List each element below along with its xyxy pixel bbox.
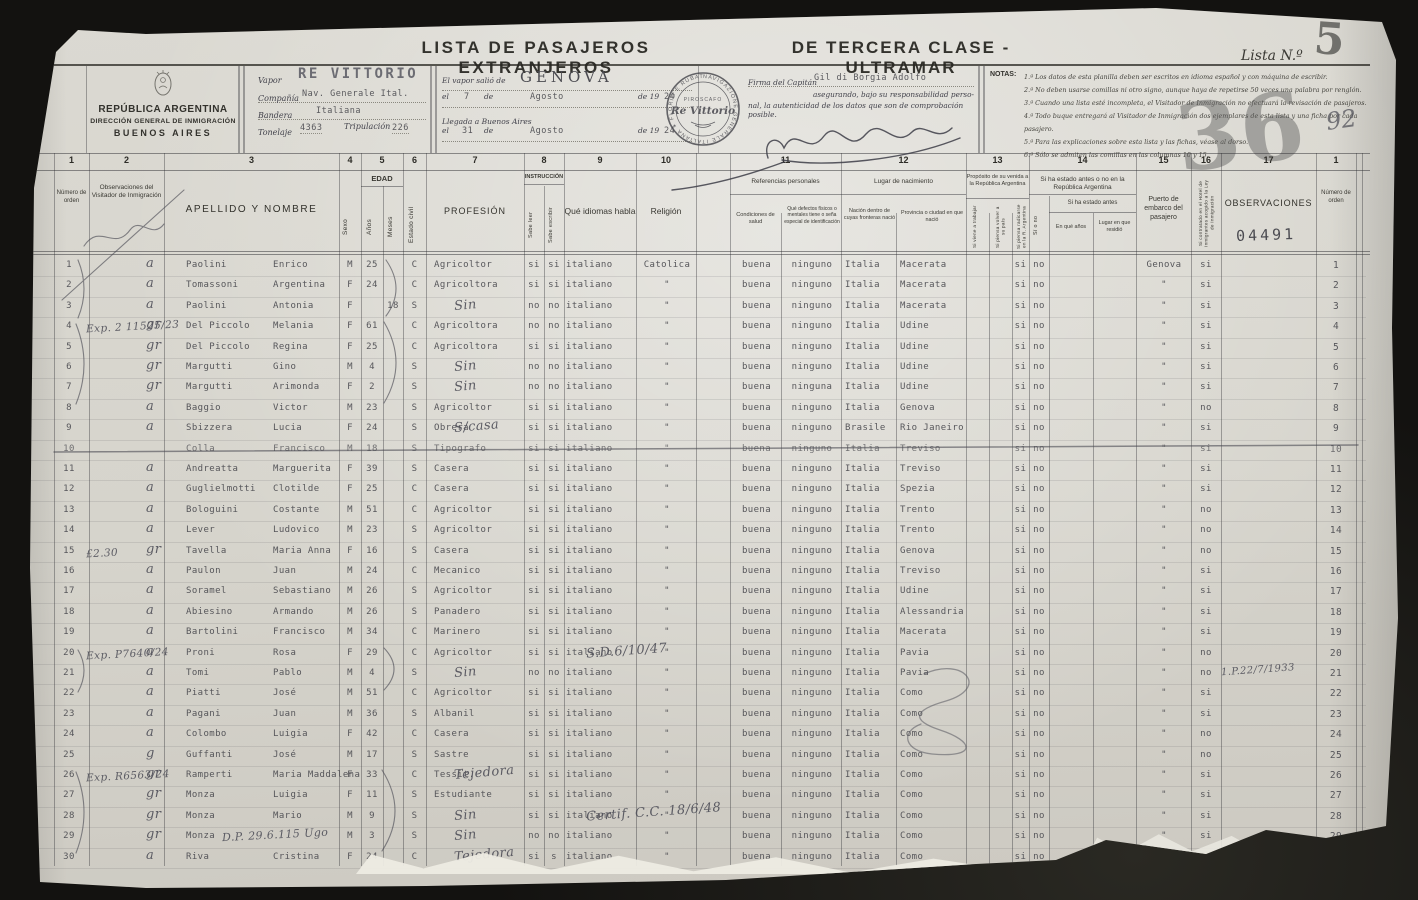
header-defects: Qué defectos físicos o mentales tiene o … <box>783 206 841 225</box>
cell-visitor-mark: a <box>146 562 168 577</box>
cell-can-write: si <box>544 750 564 760</box>
cell-given-name: Ludovico <box>273 525 339 535</box>
colnum-6: 6 <box>403 155 426 170</box>
cell-surname: Bologuini <box>186 505 276 515</box>
cell-order-number: 29 <box>56 831 82 841</box>
passenger-row: 21 a Tomi Pablo M 4 S Sin no no italiano… <box>26 664 1366 685</box>
cell-order-number: 22 <box>56 688 82 698</box>
colnum-18: 1 <box>1316 155 1356 170</box>
cell-defects: ninguno <box>783 546 841 556</box>
cell-civil-status: S <box>403 546 426 556</box>
cell-can-write: si <box>544 566 564 576</box>
cell-can-write: si <box>544 260 564 270</box>
passenger-row: 23 a Pagani Juan M 36 S Albanil si si it… <box>26 705 1366 726</box>
de-label-2: de <box>484 126 493 135</box>
cell-religion: " <box>638 607 696 617</box>
cell-given-name: Melania <box>273 321 339 331</box>
cell-civil-status: S <box>403 811 426 821</box>
cell-birth-nation: Italia <box>845 505 896 515</box>
header-religion: Religión <box>636 206 696 217</box>
cell-purpose-yes: si <box>1012 444 1029 454</box>
cell-been-before: no <box>1029 260 1049 270</box>
passenger-row: 8 a Baggio Victor M 23 S Agricoltor si s… <box>26 399 1366 420</box>
cell-sex: M <box>339 505 361 515</box>
cell-language: italiano <box>566 342 636 352</box>
cell-birth-nation: Italia <box>845 668 896 678</box>
cell-can-read: si <box>524 484 544 494</box>
colnum-3: 3 <box>164 155 339 170</box>
cell-can-write: si <box>544 729 564 739</box>
cell-profession: Agricoltora <box>434 280 522 290</box>
cell-visitor-mark: a <box>146 256 168 271</box>
tonelaje-value: 4363 <box>300 123 322 134</box>
cell-been-before: no <box>1029 831 1049 841</box>
cell-embark-port: " <box>1138 362 1190 372</box>
cell-visitor-mark: a <box>146 501 168 516</box>
cell-can-read: si <box>524 403 544 413</box>
cell-birth-nation: Italia <box>845 464 896 474</box>
cell-birth-nation: Italia <box>845 280 896 290</box>
cell-hotel-immigrants: si <box>1193 627 1219 637</box>
cell-birth-nation: Italia <box>845 301 896 311</box>
cell-religion: " <box>638 566 696 576</box>
cell-civil-status: C <box>403 729 426 739</box>
header-divider <box>978 66 980 153</box>
cell-embark-port: " <box>1138 321 1190 331</box>
cell-defects: ninguno <box>783 362 841 372</box>
cell-can-write: si <box>544 525 564 535</box>
colnum-4: 4 <box>339 155 361 170</box>
header-purpose: Propósito de su venida a la República Ar… <box>966 174 1029 188</box>
cell-purpose-yes: si <box>1012 484 1029 494</box>
cell-health: buena <box>732 709 781 719</box>
salida-label: El vapor salió de <box>442 76 506 85</box>
cell-hotel-immigrants: si <box>1193 709 1219 719</box>
colnum-16: 16 <box>1191 155 1221 170</box>
cell-hotel-immigrants: si <box>1193 444 1219 454</box>
cell-profession-handwritten: Sin <box>453 374 524 395</box>
cell-can-write: no <box>544 382 564 392</box>
cell-birth-nation: Italia <box>845 403 896 413</box>
cell-given-name: Costante <box>273 505 339 515</box>
cell-order-number: 27 <box>56 790 82 800</box>
cell-visitor-mark: gr <box>146 378 168 393</box>
cell-given-name: Victor <box>273 403 339 413</box>
cell-order-number-right: 30 <box>1318 852 1354 863</box>
cell-sex: F <box>339 382 361 392</box>
header-divider <box>983 66 985 153</box>
cell-can-read: si <box>524 566 544 576</box>
cell-language: italiano <box>566 484 636 494</box>
cell-surname: Margutti <box>186 382 276 392</box>
cell-surname: Tomassoni <box>186 280 276 290</box>
cell-birth-province: Macerata <box>900 260 966 270</box>
cell-defects: ninguno <box>783 342 841 352</box>
cell-health: buena <box>732 770 781 780</box>
cell-profession: Panadero <box>434 607 522 617</box>
cell-sex: M <box>339 444 361 454</box>
cell-order-number-right: 24 <box>1318 729 1354 740</box>
cell-can-read: si <box>524 525 544 535</box>
cell-embark-port: " <box>1138 627 1190 637</box>
cell-given-name: Juan <box>273 709 339 719</box>
cell-age-years: 51 <box>361 505 383 515</box>
cell-order-number: 14 <box>56 525 82 535</box>
cell-birth-province: Como <box>900 770 966 780</box>
cell-been-before: no <box>1029 444 1049 454</box>
passenger-row: 13 a Bologuini Costante M 51 C Agricolto… <box>26 501 1366 522</box>
cell-birth-nation: Italia <box>845 831 896 841</box>
cell-birth-province: Genova <box>900 546 966 556</box>
cell-birth-nation: Italia <box>845 811 896 821</box>
header-sex: Sexo <box>342 206 350 248</box>
cell-birth-province: Udine <box>900 321 966 331</box>
cell-order-number: 26 <box>56 770 82 780</box>
cell-defects: ninguno <box>783 709 841 719</box>
cell-hotel-immigrants: si <box>1193 321 1219 331</box>
cell-embark-port: " <box>1138 586 1190 596</box>
cell-health: buena <box>732 525 781 535</box>
cell-birth-province: Udine <box>900 586 966 596</box>
cell-been-before: no <box>1029 301 1049 311</box>
tripulacion-label: Tripulación <box>344 122 390 131</box>
cell-defects: ninguno <box>783 260 841 270</box>
cell-religion: " <box>638 831 696 841</box>
cell-can-read: si <box>524 688 544 698</box>
header-been-sub-rule <box>1049 212 1136 213</box>
bandera-value: Italiana <box>316 106 361 116</box>
cell-been-before: no <box>1029 607 1049 617</box>
cell-health: buena <box>732 811 781 821</box>
cell-religion: " <box>638 709 696 719</box>
cell-surname: Paolini <box>186 260 276 270</box>
cell-birth-province: Como <box>900 709 966 719</box>
cell-profession: Marinero <box>434 627 522 637</box>
cell-can-read: si <box>524 729 544 739</box>
cell-order-number-right: 27 <box>1318 790 1354 801</box>
colnum-14: 14 <box>1029 155 1136 170</box>
cell-birth-nation: Italia <box>845 484 896 494</box>
cell-purpose-yes: si <box>1012 709 1029 719</box>
cell-been-before: no <box>1029 627 1049 637</box>
cell-been-before: no <box>1029 403 1049 413</box>
notas-label: NOTAS: <box>990 71 1016 78</box>
cell-birth-province: Treviso <box>900 464 966 474</box>
cell-sex: M <box>339 709 361 719</box>
cell-visitor-mark: a <box>146 582 168 597</box>
cell-visitor-mark: a <box>146 705 168 720</box>
piroscafo-round-stamp: NAVIGAZIONE GENERALE ITALIANA ✶ FLORIO E… <box>664 70 742 148</box>
cell-defects: ninguno <box>783 525 841 535</box>
cell-been-before: no <box>1029 688 1049 698</box>
cell-civil-status: C <box>403 505 426 515</box>
cell-embark-port: " <box>1138 852 1190 862</box>
cell-civil-status: S <box>403 464 426 474</box>
cell-birth-province: Udine <box>900 342 966 352</box>
cell-embark-port: " <box>1138 382 1190 392</box>
cell-can-read: si <box>524 505 544 515</box>
passenger-row: 26 Exp. R6563/24 gr Ramperti Maria Madda… <box>26 766 1366 787</box>
passenger-row: 15 £2.30 gr Tavella Maria Anna F 16 S Ca… <box>26 542 1366 563</box>
passenger-row: 3 a Paolini Antonia F 18 S Sin no no ita… <box>26 297 1366 318</box>
cell-order-number: 15 <box>56 546 82 556</box>
cell-given-name: Maria Maddalena <box>273 770 339 780</box>
header-civil-status: Estado civil <box>408 200 416 250</box>
cell-profession: Agricoltor <box>434 525 522 535</box>
cell-surname: Baggio <box>186 403 276 413</box>
el-label-2: el <box>442 126 449 135</box>
cell-birth-nation: Italia <box>845 750 896 760</box>
cell-purpose-yes: si <box>1012 586 1029 596</box>
cell-religion: " <box>638 362 696 372</box>
cell-surname: Guglielmotti <box>186 484 276 494</box>
issuer-block: REPÚBLICA ARGENTINA DIRECCIÓN GENERAL DE… <box>90 68 236 138</box>
cell-defects: ninguno <box>783 688 841 698</box>
cell-been-before: no <box>1029 811 1049 821</box>
cell-surname: Del Piccolo <box>186 321 276 331</box>
cell-defects: ninguno <box>783 790 841 800</box>
cell-can-read: no <box>524 382 544 392</box>
cell-purpose-yes: si <box>1012 525 1029 535</box>
cell-order-number: 19 <box>56 627 82 637</box>
cell-order-number-right: 26 <box>1318 770 1354 781</box>
cell-can-write: si <box>544 709 564 719</box>
cell-language: italiano <box>566 586 636 596</box>
cell-can-write: no <box>544 321 564 331</box>
cell-civil-status: C <box>403 688 426 698</box>
vapor-label: Vapor <box>258 76 282 85</box>
cell-visitor-mark: a <box>146 664 168 679</box>
cell-can-read: no <box>524 301 544 311</box>
cell-language: italiano <box>566 362 636 372</box>
cell-profession-handwritten: Sin <box>453 293 524 314</box>
voyage-block: El vapor salió de GENOVA el 7 de Agosto … <box>442 70 692 142</box>
cell-civil-status: S <box>403 403 426 413</box>
cell-sex: M <box>339 566 361 576</box>
cell-hotel-immigrants: no <box>1193 546 1219 556</box>
cell-health: buena <box>732 831 781 841</box>
cell-civil-status: S <box>403 790 426 800</box>
cell-purpose-yes: si <box>1012 770 1029 780</box>
cell-language: italiano <box>566 790 636 800</box>
cell-civil-status: S <box>403 301 426 311</box>
cell-health: buena <box>732 566 781 576</box>
cell-age-years: 16 <box>361 546 383 556</box>
passenger-row: 6 gr Margutti Gino M 4 S Sin no no itali… <box>26 358 1366 379</box>
cell-health: buena <box>732 464 781 474</box>
cell-profession-handwritten: Sin <box>453 354 524 375</box>
cell-language: italiano <box>566 627 636 637</box>
cell-language: italiano <box>566 607 636 617</box>
cell-health: buena <box>732 484 781 494</box>
cell-sex: F <box>339 852 361 862</box>
header-personal-references: Referencias personales <box>730 178 841 186</box>
cell-purpose-yes: si <box>1012 505 1029 515</box>
compania-value: Nav. Generale Ital. <box>302 89 409 99</box>
cell-order-number: 12 <box>56 484 82 494</box>
cell-order-number-right: 3 <box>1318 301 1354 312</box>
cell-embark-port: " <box>1138 546 1190 556</box>
cell-civil-status: C <box>403 648 426 658</box>
cell-sex: M <box>339 362 361 372</box>
colnum-1: 1 <box>54 155 89 170</box>
cell-sex: M <box>339 607 361 617</box>
cell-purpose-yes: si <box>1012 342 1029 352</box>
arrival-label: Llegada a Buenos Aires <box>442 117 532 126</box>
cell-observation-17 <box>1221 844 1316 851</box>
cell-sex: M <box>339 260 361 270</box>
cell-embark-port: " <box>1138 811 1190 821</box>
header-birthplace: Lugar de nacimiento <box>841 178 966 186</box>
cell-profession: Agricoltor <box>434 586 522 596</box>
cell-can-write: si <box>544 444 564 454</box>
cell-sex: F <box>339 423 361 433</box>
header-purpose-c: Si piensa radicarse en la R. Argentina <box>1016 204 1027 250</box>
cell-sex: F <box>339 648 361 658</box>
cell-religion: " <box>638 464 696 474</box>
cell-sex: M <box>339 831 361 841</box>
cell-purpose-yes: si <box>1012 321 1029 331</box>
cell-sex: F <box>339 790 361 800</box>
cell-age-years: 11 <box>361 790 383 800</box>
cell-defects: ninguno <box>783 770 841 780</box>
cell-given-name: Luigia <box>273 729 339 739</box>
cell-order-number-right: 17 <box>1318 586 1354 597</box>
cell-age-years: 51 <box>361 688 383 698</box>
cell-religion: " <box>638 586 696 596</box>
cell-profession: Sastre <box>434 750 522 760</box>
cell-hotel-immigrants: no <box>1193 403 1219 413</box>
cell-given-name: Mario <box>273 811 339 821</box>
cell-purpose-yes: si <box>1012 423 1029 433</box>
passenger-table-body: 1 a Paolini Enrico M 25 C Agricoltor si … <box>26 256 1398 868</box>
cell-visitor-mark: a <box>146 603 168 618</box>
header-age-years: Años <box>366 206 374 248</box>
cell-embark-port: " <box>1138 505 1190 515</box>
cell-purpose-yes: si <box>1012 729 1029 739</box>
cell-observation-17: 1.P.22/7/1933 <box>1221 661 1317 679</box>
cell-given-name: Armando <box>273 607 339 617</box>
cell-civil-status: S <box>403 362 426 372</box>
cell-embark-port: " <box>1138 790 1190 800</box>
cell-language: italiano <box>566 505 636 515</box>
cell-age-years: 34 <box>361 627 383 637</box>
cell-order-number-right: 5 <box>1318 342 1354 353</box>
cell-surname: Abiesino <box>186 607 276 617</box>
cell-birth-nation: Brasile <box>845 423 896 433</box>
cell-been-before: no <box>1029 790 1049 800</box>
cell-birth-nation: Italia <box>845 566 896 576</box>
cell-civil-status: S <box>403 444 426 454</box>
cell-age-years: 3 <box>361 831 383 841</box>
cell-order-number-right: 21 <box>1318 668 1354 679</box>
cell-defects: ninguno <box>783 668 841 678</box>
cell-health: buena <box>732 362 781 372</box>
de-label: de <box>484 92 493 101</box>
cell-surname: Riva <box>186 852 276 862</box>
cell-birth-province: Spezia <box>900 484 966 494</box>
header-divider <box>430 66 432 153</box>
cell-age-years: 24 <box>361 280 383 290</box>
cell-religion: " <box>638 484 696 494</box>
passenger-row: 20 Exp. P7640/24 a Proni Rosa F 29 C Agr… <box>26 644 1366 665</box>
cell-can-write: si <box>544 648 564 658</box>
cell-can-read: si <box>524 260 544 270</box>
cell-birth-nation: Italia <box>845 770 896 780</box>
cell-visitor-mark: a <box>146 480 168 495</box>
cell-surname: Del Piccolo <box>186 342 276 352</box>
cell-order-number: 30 <box>56 852 82 862</box>
cell-can-read: si <box>524 586 544 596</box>
cell-visitor-mark: a <box>146 399 168 414</box>
cell-religion: " <box>638 382 696 392</box>
cell-embark-port: " <box>1138 607 1190 617</box>
cell-religion: " <box>638 688 696 698</box>
cell-can-write: si <box>544 688 564 698</box>
cell-birth-nation: Italia <box>845 525 896 535</box>
cell-order-number: 2 <box>56 280 82 290</box>
stamp-04491: 04491 <box>1236 225 1297 245</box>
captain-line3: nal, la autenticidad de los datos que so… <box>748 101 974 119</box>
colnum-2: 2 <box>89 155 164 170</box>
header-embark-port: Puerto de embarco del pasajero <box>1136 196 1191 222</box>
cell-age-years: 25 <box>361 484 383 494</box>
passenger-row: 10 Colla Francisco M 18 S Tipografo si s… <box>26 440 1366 461</box>
colnum-15: 15 <box>1136 155 1191 170</box>
cell-purpose-yes: si <box>1012 362 1029 372</box>
cell-religion: " <box>638 750 696 760</box>
cell-surname: Bartolini <box>186 627 276 637</box>
cell-hotel-immigrants: si <box>1193 382 1219 392</box>
cell-religion: " <box>638 342 696 352</box>
cell-defects: ninguno <box>783 505 841 515</box>
cell-profession: Agricoltor <box>434 648 522 658</box>
cell-language: italiano <box>566 280 636 290</box>
cell-civil-status: C <box>403 852 426 862</box>
cell-age-years: 24 <box>361 566 383 576</box>
cell-language: italiano <box>566 260 636 270</box>
cell-profession-handwritten: Sin <box>453 660 524 681</box>
cell-birth-province: Como <box>900 729 966 739</box>
header-purpose-a: Si viene a trabajar <box>972 204 978 250</box>
cell-religion: " <box>638 627 696 637</box>
cell-been-before: no <box>1029 709 1049 719</box>
cell-health: buena <box>732 260 781 270</box>
cell-health: buena <box>732 648 781 658</box>
cell-visitor-mark: a <box>146 684 168 699</box>
cell-age-years: 18 <box>361 444 383 454</box>
cell-can-read: si <box>524 423 544 433</box>
cell-defects: ninguno <box>783 403 841 413</box>
cell-can-read: si <box>524 280 544 290</box>
passenger-row: 22 a Piatti José M 51 C Agricoltor si si… <box>26 684 1366 705</box>
cell-birth-nation: Italia <box>845 546 896 556</box>
cell-can-read: si <box>524 811 544 821</box>
header-divider <box>86 66 87 153</box>
cell-can-read: si <box>524 709 544 719</box>
cell-order-number-right: 9 <box>1318 423 1354 434</box>
cell-sex: F <box>339 280 361 290</box>
cell-profession: Tipografo <box>434 444 522 454</box>
cell-visitor-mark: a <box>146 276 168 291</box>
cell-birth-nation: Italia <box>845 586 896 596</box>
cell-defects: ninguno <box>783 607 841 617</box>
cell-surname: Monza <box>186 790 276 800</box>
passenger-row: 1 a Paolini Enrico M 25 C Agricoltor si … <box>26 256 1366 277</box>
stamp-number-36: 36 <box>1170 71 1310 194</box>
cell-profession: Casera <box>434 546 522 556</box>
arr-day: 31 <box>462 126 473 136</box>
